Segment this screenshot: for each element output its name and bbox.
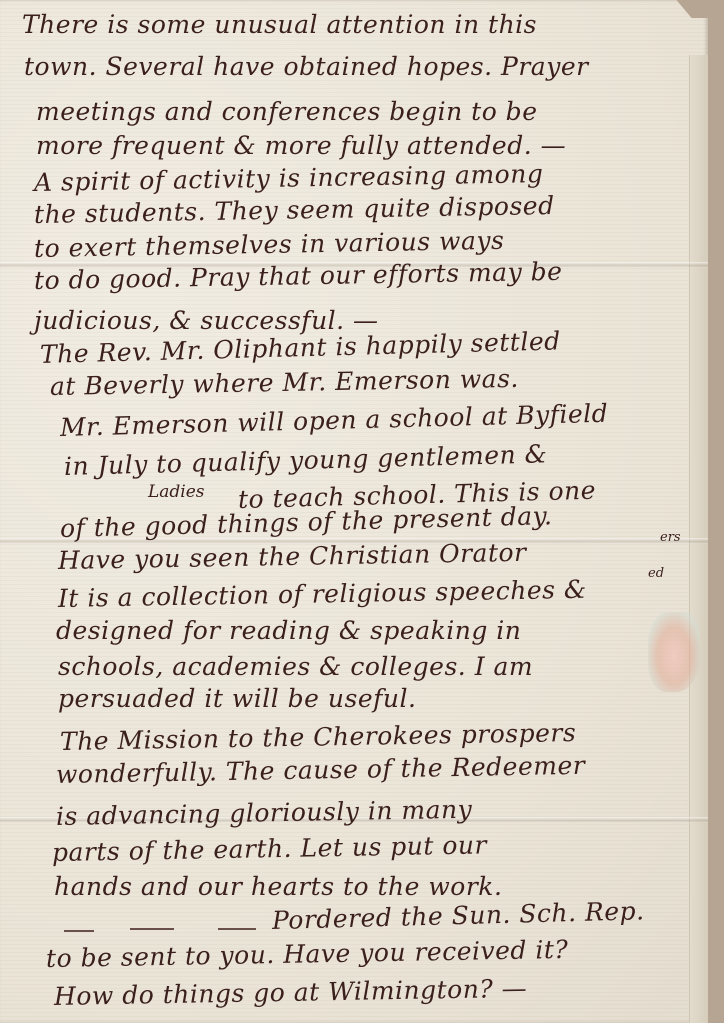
margin-note: ed [648, 566, 664, 581]
blank-dash [130, 928, 174, 930]
letter-page: There is some unusual attention in this … [0, 0, 708, 1023]
letter-line: of the good things of the present day. [60, 501, 553, 543]
letter-line: to exert themselves in various ways [34, 226, 505, 263]
letter-line: A spirit of activity is increasing among [34, 159, 544, 197]
interlinear-insert: Ladies [148, 482, 205, 502]
letter-line: is advancing gloriously in many [56, 795, 473, 831]
letter-line: judicious, & successful. — [34, 306, 379, 335]
torn-stain-patch [648, 612, 700, 692]
letter-line: There is some unusual attention in this [22, 10, 677, 39]
letter-line: Pordered the Sun. Sch. Rep. [272, 896, 645, 935]
letter-line: more frequent & more fully attended. — [36, 131, 566, 160]
letter-line: the students. They seem quite disposed [34, 191, 555, 229]
letter-line: Mr. Emerson will open a school at Byfiel… [60, 399, 609, 442]
letter-line: How do things go at Wilmington? — [54, 974, 528, 1011]
letter-line: town. Several have obtained hopes. Praye… [24, 52, 589, 81]
letter-line: schools, academies & colleges. I am [58, 652, 533, 681]
letter-line: wonderfully. The cause of the Redeemer [56, 751, 586, 789]
letter-line: persuaded it will be useful. [58, 684, 416, 713]
letter-line: to be sent to you. Have you received it? [46, 935, 569, 973]
letter-line: at Beverly where Mr. Emerson was. [50, 364, 519, 401]
letter-line: meetings and conferences begin to be [36, 97, 537, 126]
letter-line: hands and our hearts to the work. [54, 872, 502, 901]
blank-dash [218, 928, 256, 930]
blank-dash [64, 930, 94, 932]
letter-line: The Mission to the Cherokees prospers [60, 718, 577, 756]
letter-line: parts of the earth. Let us put our [52, 830, 487, 867]
letter-line: in July to qualify young gentlemen & [64, 439, 548, 481]
margin-note: ers [660, 530, 681, 545]
letter-line: designed for reading & speaking in [56, 616, 521, 645]
letter-line: It is a collection of religious speeches… [58, 575, 587, 613]
